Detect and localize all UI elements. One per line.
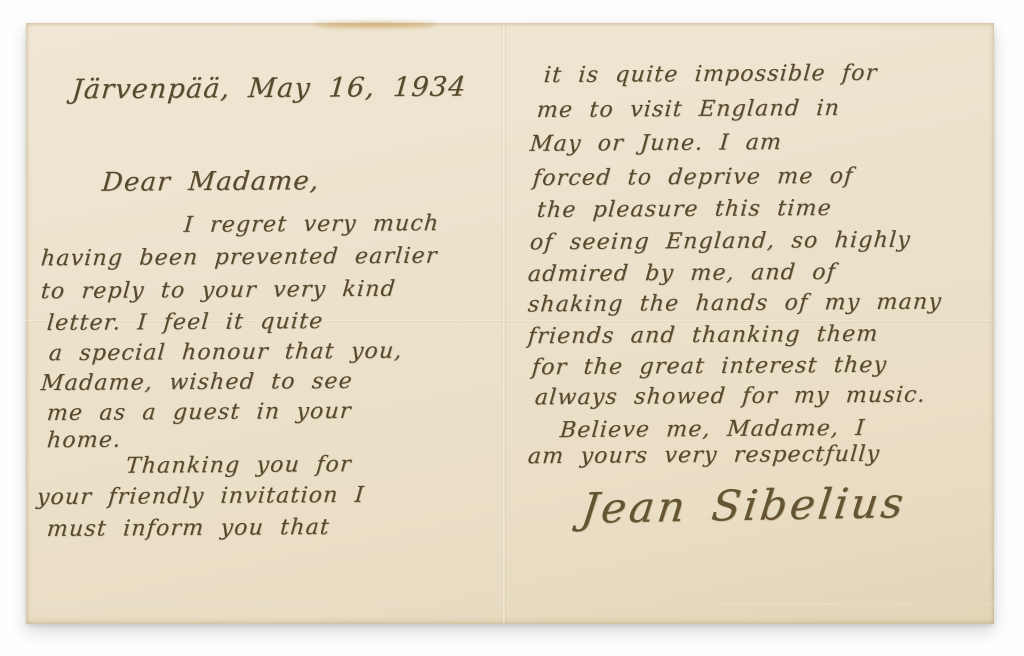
letter-line: Madame, wished to see [40, 369, 354, 396]
letter-line: having been prevented earlier [40, 244, 439, 272]
letter-line: your friendly invitation I [36, 483, 366, 510]
paper-stain [314, 22, 436, 28]
letter-line: May or June. I am [529, 130, 783, 157]
letter-sheet: Järvenpää, May 16, 1934 Dear Madame, I r… [26, 23, 994, 624]
letter-line: it is quite impossible for [543, 61, 879, 88]
letter-line: forced to deprive me of [532, 164, 855, 191]
letter-line: the pleasure this time [536, 196, 833, 223]
letter-line: home. [46, 428, 122, 454]
letter-line: for the great interest they [531, 353, 888, 380]
signature: Jean Sibelius [579, 478, 909, 533]
fold-crease-bottom [26, 603, 994, 606]
letter-line: me as a guest in your [46, 399, 353, 426]
letter-line: Thanking you for [125, 452, 353, 479]
closing-line: Believe me, Madame, I [559, 416, 866, 443]
scan-background: Järvenpää, May 16, 1934 Dear Madame, I r… [0, 0, 1024, 656]
letter-line: I regret very much [183, 211, 440, 238]
letter-line: admired by me, and of [527, 260, 837, 287]
letter-line: of seeing England, so highly [529, 228, 912, 256]
letter-line: always showed for my music. [534, 383, 927, 411]
letter-line: letter. I feel it quite [46, 309, 325, 336]
letter-line: me to visit England in [536, 96, 841, 123]
dateline: Järvenpää, May 16, 1934 [71, 72, 468, 106]
salutation: Dear Madame, [101, 166, 321, 198]
letter-line: friends and thanking them [527, 322, 880, 349]
fold-crease-vertical [502, 23, 506, 624]
letter-line: must inform you that [46, 515, 331, 542]
letter-line: to reply to your very kind [40, 277, 397, 304]
closing-line: am yours very respectfully [527, 442, 881, 469]
letter-line: a special honour that you, [48, 339, 404, 366]
letter-line: shaking the hands of my many [527, 290, 943, 318]
